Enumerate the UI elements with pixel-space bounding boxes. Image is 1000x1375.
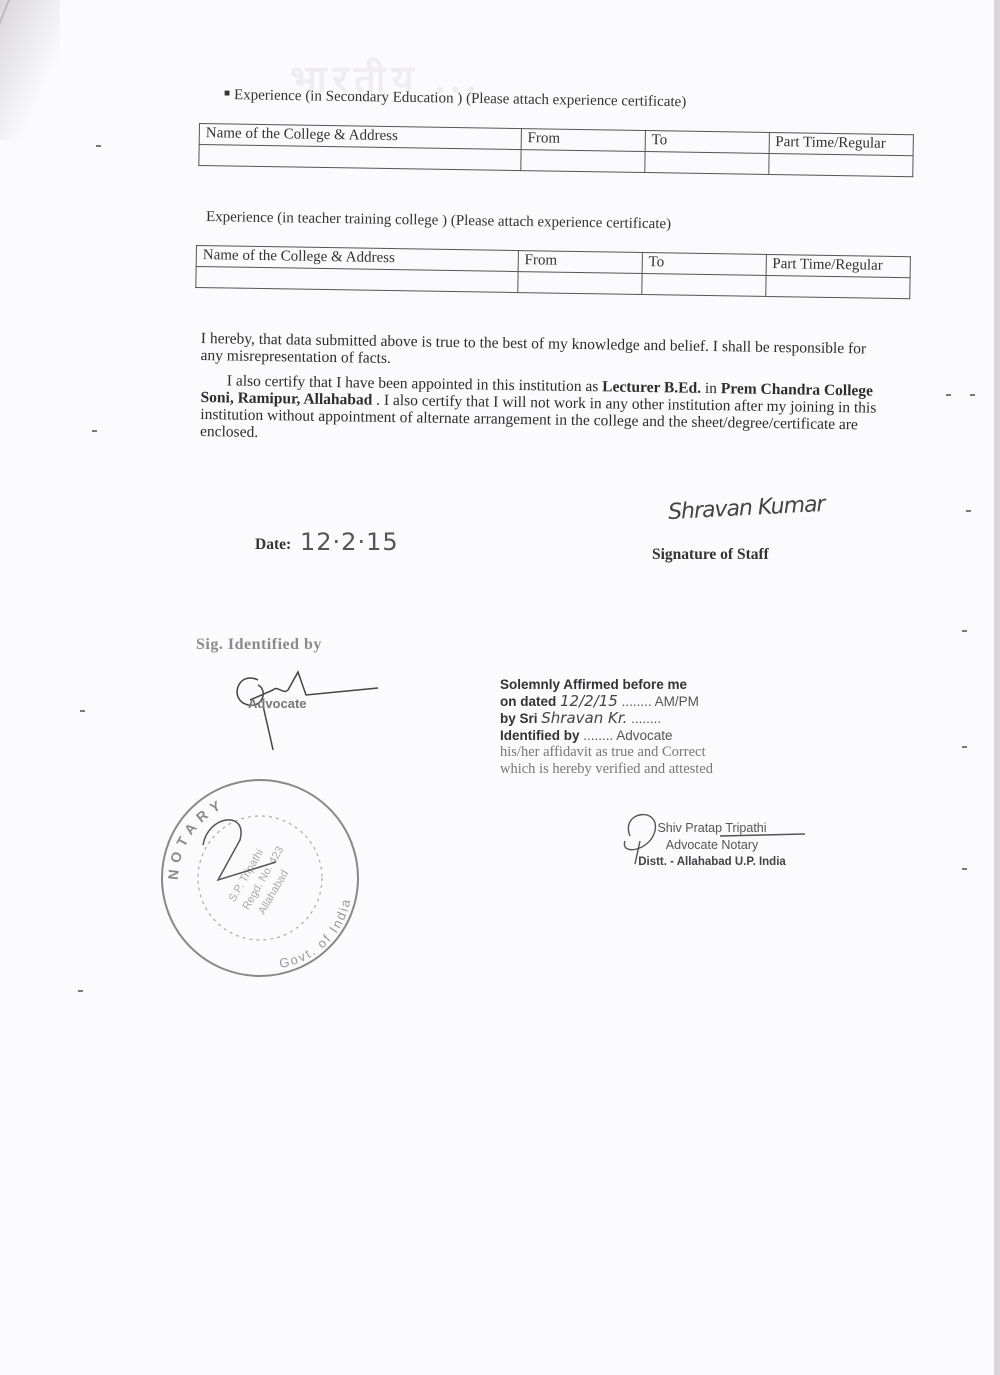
staff-signature: Shravan Kumar	[667, 492, 825, 525]
svg-text:NOTARY: NOTARY	[165, 794, 229, 880]
scan-mark	[80, 710, 85, 712]
cell-to[interactable]	[642, 274, 766, 297]
declaration-paragraph-1: I hereby, that data submitted above is t…	[200, 330, 890, 375]
col-header-to: To	[645, 131, 769, 154]
cell-from[interactable]	[518, 272, 642, 295]
scan-mark	[962, 630, 967, 632]
scan-mark	[92, 430, 97, 432]
teacher-training-table: Name of the College & Address From To Pa…	[195, 245, 911, 299]
date-label: Date:	[255, 536, 291, 554]
notary-affirmation: Solemnly Affirmed before me on dated 12/…	[500, 676, 800, 778]
advocate-label: Advocate	[248, 696, 307, 711]
cell-type[interactable]	[768, 153, 913, 176]
col-header-from: From	[518, 251, 642, 274]
scan-edge	[994, 0, 1000, 1375]
col-header-type: Part Time/Regular	[769, 132, 914, 155]
signature-of-staff-label: Signature of Staff	[652, 546, 769, 564]
col-header-type: Part Time/Regular	[766, 254, 911, 277]
secondary-experience-table: Name of the College & Address From To Pa…	[198, 123, 914, 177]
declaration-paragraph-2: I also certify that I have been appointe…	[200, 372, 891, 451]
notary-title: Advocate Notary	[622, 837, 802, 854]
notary-line-5: his/her affidavit as true and Correct	[500, 744, 800, 761]
notary-by-sri: by Sri	[500, 711, 538, 726]
date-value: 12·2·15	[300, 528, 399, 556]
notary-line-3: by Sri Shravan Kr. ........	[500, 710, 800, 727]
notary-on-dated: on dated	[500, 694, 556, 709]
scan-mark	[78, 990, 83, 992]
stamp-top-text: NOTARY	[165, 794, 229, 880]
scan-mark	[966, 510, 971, 512]
notary-advocate: Advocate	[616, 728, 672, 743]
teacher-training-heading: Experience (in teacher training college …	[206, 209, 671, 233]
cell-to[interactable]	[645, 152, 769, 175]
cell-college[interactable]	[196, 267, 518, 293]
bullet-icon: ■	[224, 88, 230, 99]
designation: Lecturer B.Ed.	[602, 378, 701, 397]
notary-line-1: Solemnly Affirmed before me	[500, 676, 800, 693]
page-fold-shadow	[0, 0, 60, 140]
notary-ampm: AM/PM	[655, 694, 699, 709]
notary-name: Shiv Pratap Tripathi	[622, 820, 802, 837]
col-header-to: To	[642, 253, 766, 276]
notary-district: Distt. - Allahabad U.P. India	[622, 854, 802, 871]
scan-mark	[946, 394, 951, 396]
cell-type[interactable]	[765, 275, 910, 298]
notary-date-handwritten: 12/2/15	[560, 692, 618, 710]
notary-line-2: on dated 12/2/15 ........ AM/PM	[500, 693, 800, 710]
cell-from[interactable]	[521, 150, 645, 173]
notary-credentials: Shiv Pratap Tripathi Advocate Notary Dis…	[622, 820, 802, 871]
sig-identified-label: Sig. Identified by	[196, 636, 322, 654]
fold-line	[0, 0, 10, 130]
para2-text-in: in	[701, 380, 721, 397]
col-header-from: From	[521, 129, 645, 152]
notary-name-handwritten: Shravan Kr.	[541, 709, 627, 727]
show-through-heading: भारतीय ...	[290, 52, 770, 92]
notary-seal-stamp-icon: NOTARY Govt. of India S.P. Tripathi Regd…	[148, 770, 368, 980]
notary-line-6: which is hereby verified and attested	[500, 761, 800, 778]
notary-identified-by: Identified by	[500, 728, 580, 743]
scan-mark	[96, 145, 101, 147]
notary-line-4: Identified by ........ Advocate	[500, 727, 800, 744]
scan-mark	[970, 394, 975, 396]
cell-college[interactable]	[199, 145, 521, 171]
scan-mark	[962, 868, 967, 870]
scan-mark	[962, 746, 967, 748]
